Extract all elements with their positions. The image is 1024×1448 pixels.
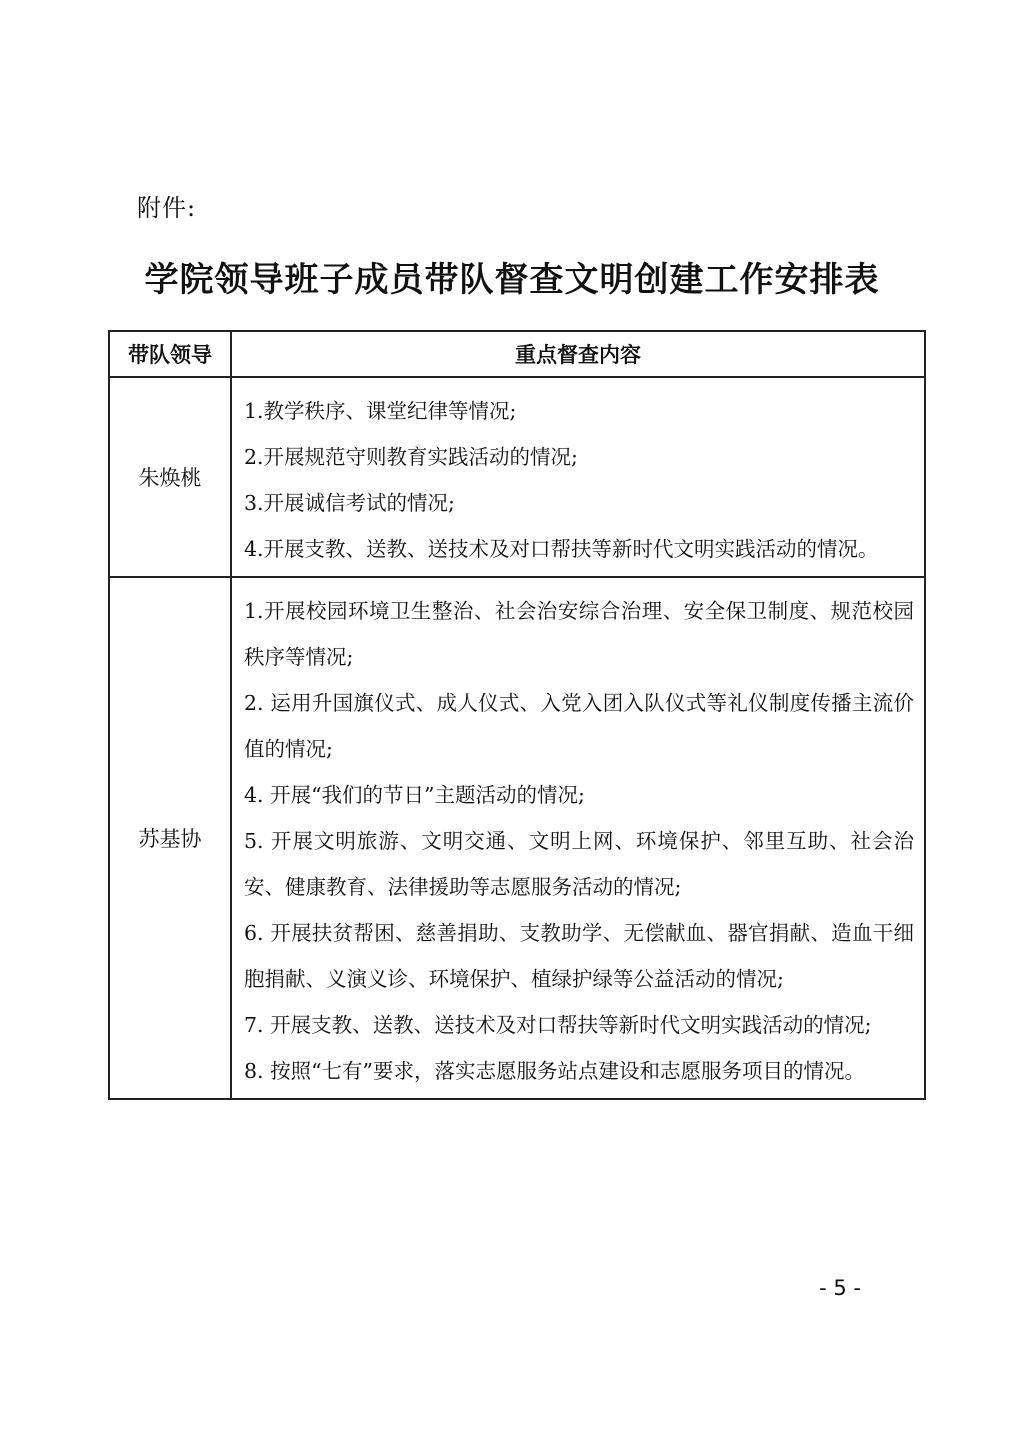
content-item: 2.开展规范守则教育实践活动的情况; <box>244 434 914 480</box>
schedule-table: 带队领导 重点督查内容 朱焕桃 1.教学秩序、课堂纪律等情况; 2.开展规范守则… <box>108 330 926 1100</box>
document-title: 学院领导班子成员带队督查文明创建工作安排表 <box>0 252 1024 301</box>
content-item: 3.开展诚信考试的情况; <box>244 480 914 526</box>
header-content: 重点督查内容 <box>231 331 925 377</box>
content-item: 6. 开展扶贫帮困、慈善捐助、支教助学、无偿献血、器官捐献、造血干细胞捐献、义演… <box>244 910 914 1002</box>
content-item: 4. 开展“我们的节日”主题活动的情况; <box>244 772 914 818</box>
content-item: 5. 开展文明旅游、文明交通、文明上网、环境保护、邻里互助、社会治安、健康教育、… <box>244 818 914 910</box>
content-item: 1.教学秩序、课堂纪律等情况; <box>244 388 914 434</box>
header-leader: 带队领导 <box>109 331 231 377</box>
attachment-label: 附件: <box>137 188 196 223</box>
content-item: 7. 开展支教、送教、送技术及对口帮扶等新时代文明实践活动的情况; <box>244 1002 914 1048</box>
content-cell: 1.开展校园环境卫生整治、社会治安综合治理、安全保卫制度、规范校园秩序等情况; … <box>231 577 925 1099</box>
page-number: - 5 - <box>800 1276 880 1300</box>
content-item: 4.开展支教、送教、送技术及对口帮扶等新时代文明实践活动的情况。 <box>244 526 914 572</box>
leader-name: 苏基协 <box>109 577 231 1099</box>
content-item: 8. 按照“七有”要求，落实志愿服务站点建设和志愿服务项目的情况。 <box>244 1048 914 1094</box>
table-row: 苏基协 1.开展校园环境卫生整治、社会治安综合治理、安全保卫制度、规范校园秩序等… <box>109 577 925 1099</box>
table-header-row: 带队领导 重点督查内容 <box>109 331 925 377</box>
content-item: 1.开展校园环境卫生整治、社会治安综合治理、安全保卫制度、规范校园秩序等情况; <box>244 588 914 680</box>
content-item: 2. 运用升国旗仪式、成人仪式、入党入团入队仪式等礼仪制度传播主流价值的情况; <box>244 680 914 772</box>
table-row: 朱焕桃 1.教学秩序、课堂纪律等情况; 2.开展规范守则教育实践活动的情况; 3… <box>109 377 925 577</box>
content-cell: 1.教学秩序、课堂纪律等情况; 2.开展规范守则教育实践活动的情况; 3.开展诚… <box>231 377 925 577</box>
leader-name: 朱焕桃 <box>109 377 231 577</box>
